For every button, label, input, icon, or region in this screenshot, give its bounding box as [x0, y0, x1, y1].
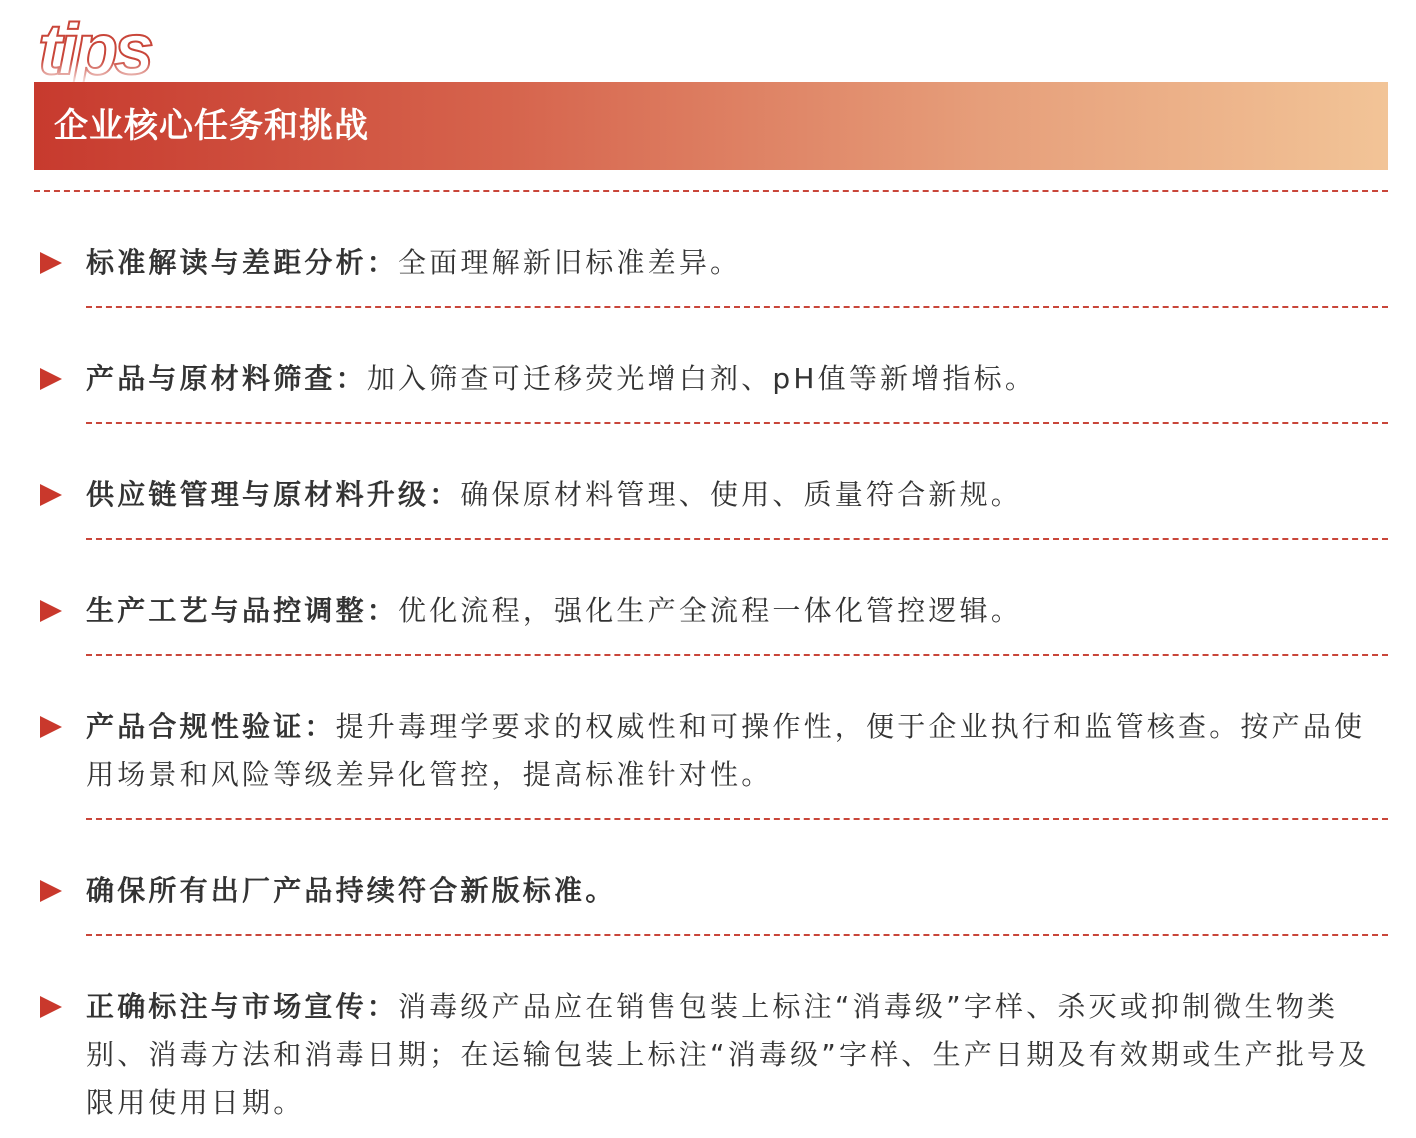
triangle-bullet-icon: [40, 368, 62, 390]
list-item: 产品合规性验证：提升毒理学要求的权威性和可操作性，便于企业执行和监管核查。按产品…: [34, 703, 1388, 799]
tips-fade-overlay: [30, 60, 210, 84]
list-item: 正确标注与市场宣传：消毒级产品应在销售包装上标注“消毒级”字样、杀灭或抑制微生物…: [34, 983, 1388, 1127]
triangle-bullet-icon: [40, 600, 62, 622]
item-divider: [86, 306, 1388, 308]
item-label: 产品与原材料筛查：: [86, 362, 367, 395]
item-divider: [86, 818, 1388, 820]
triangle-bullet-icon: [40, 880, 62, 902]
triangle-bullet-icon: [40, 996, 62, 1018]
item-text: 全面理解新旧标准差异。: [398, 246, 741, 279]
item-divider: [86, 654, 1388, 656]
list-item: 标准解读与差距分析：全面理解新旧标准差异。: [34, 239, 1388, 287]
item-label: 产品合规性验证：: [86, 710, 336, 743]
item-divider: [86, 538, 1388, 540]
item-label: 生产工艺与品控调整：: [86, 594, 398, 627]
item-divider: [86, 422, 1388, 424]
item-label: 确保所有出厂产品持续符合新版标准。: [86, 874, 616, 907]
item-text: 优化流程，强化生产全流程一体化管控逻辑。: [398, 594, 1022, 627]
triangle-bullet-icon: [40, 484, 62, 506]
item-divider: [86, 934, 1388, 936]
triangle-bullet-icon: [40, 252, 62, 274]
section-banner: 企业核心任务和挑战: [34, 82, 1388, 170]
triangle-bullet-icon: [40, 716, 62, 738]
section-title: 企业核心任务和挑战: [54, 102, 369, 150]
list-item: 产品与原材料筛查：加入筛查可迁移荧光增白剂、pH值等新增指标。: [34, 355, 1388, 403]
list-item: 生产工艺与品控调整：优化流程，强化生产全流程一体化管控逻辑。: [34, 587, 1388, 635]
item-label: 正确标注与市场宣传：: [86, 990, 398, 1023]
task-list: 标准解读与差距分析：全面理解新旧标准差异。 产品与原材料筛查：加入筛查可迁移荧光…: [34, 190, 1388, 1127]
list-item: 供应链管理与原材料升级：确保原材料管理、使用、质量符合新规。: [34, 471, 1388, 519]
item-text: 确保原材料管理、使用、质量符合新规。: [460, 478, 1022, 511]
list-item: 确保所有出厂产品持续符合新版标准。: [34, 867, 1388, 915]
item-label: 标准解读与差距分析：: [86, 246, 398, 279]
item-text: 加入筛查可迁移荧光增白剂、pH值等新增指标。: [367, 362, 1036, 395]
item-label: 供应链管理与原材料升级：: [86, 478, 460, 511]
